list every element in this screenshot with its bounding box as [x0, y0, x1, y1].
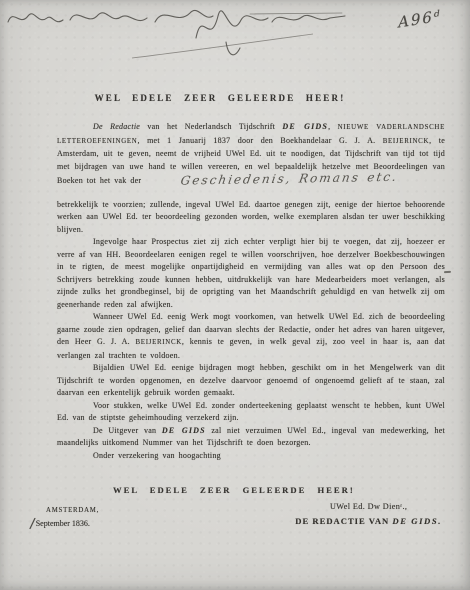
text-segment: Voor stukken, welke UWel Ed. zonder onde… — [57, 401, 445, 423]
text-segment: Bijaldien UWel Ed. eenige bijdragen mogt… — [57, 363, 445, 397]
signature-prefix: DE REDACTIE VAN — [295, 516, 389, 526]
text-segment: BEIJERINCK — [383, 138, 429, 145]
paragraph: Bijaldien UWel Ed. eenige bijdragen mogt… — [57, 362, 445, 400]
signature-name: DE GIDS. — [392, 516, 442, 526]
handwritten-inscription — [0, 0, 470, 75]
text-segment: DE GIDS — [282, 122, 328, 131]
handwritten-day-stroke: ∕ — [29, 516, 36, 533]
text-segment: betrekkelijk te voorzien; zullende, inge… — [57, 200, 445, 234]
handwritten-text: Geschiedenis, Romans etc. — [144, 171, 399, 188]
paragraph: De Uitgever van DE GIDS zal niet verzuim… — [57, 425, 445, 450]
signature-block: UWel Ed. Dw Dienʳ., DE REDACTIE VAN DE G… — [295, 502, 442, 526]
paragraph: Wanneer UWel Ed. eenig Werk mogt voorkom… — [57, 311, 445, 362]
paragraph: Voor stukken, welke UWel Ed. zonder onde… — [57, 400, 445, 425]
ink-speck — [444, 271, 451, 273]
text-segment: van het Nederlandsch Tijdschrift — [140, 122, 282, 131]
text-segment: Ingevolge haar Prospectus ziet zij zich … — [57, 237, 445, 309]
paragraph: De Redactie van het Nederlandsch Tijdsch… — [57, 121, 445, 188]
paragraph: Ingevolge haar Prospectus ziet zij zich … — [57, 236, 445, 311]
signature-line: DE REDACTIE VAN DE GIDS. — [295, 516, 442, 526]
text-segment: , met 1 Januarij 1837 door den Boekhande… — [137, 136, 382, 145]
date-line: ∕September 1836. — [30, 516, 99, 532]
date-label: September 1836. — [36, 519, 90, 528]
closing-salutation: WEL EDELE ZEER GELEERDE HEER! — [113, 485, 355, 495]
text-segment: , — [328, 122, 338, 131]
body-paragraphs: De Redactie van het Nederlandsch Tijdsch… — [57, 121, 445, 462]
letter-scan: A96ᵈ WEL EDELE ZEER GELEERDE HEER! De Re… — [0, 0, 470, 590]
place-date-block: AMSTERDAM, ∕September 1836. — [30, 507, 99, 532]
salutation-heading: WEL EDELE ZEER GELEERDE HEER! — [0, 93, 455, 103]
paragraph: Onder verzekering van hoogachting — [57, 450, 445, 463]
signoff-line: UWel Ed. Dw Dienʳ., — [295, 502, 442, 511]
text-segment: DE GIDS — [162, 426, 206, 435]
text-segment: De Redactie — [93, 122, 140, 131]
text-segment: De Uitgever van — [93, 426, 162, 435]
text-segment: BEIJERINCK — [135, 339, 181, 346]
text-segment: Onder verzekering van hoogachting — [93, 451, 221, 460]
paragraph: betrekkelijk te voorzien; zullende, inge… — [57, 199, 445, 237]
place-label: AMSTERDAM, — [46, 507, 99, 514]
